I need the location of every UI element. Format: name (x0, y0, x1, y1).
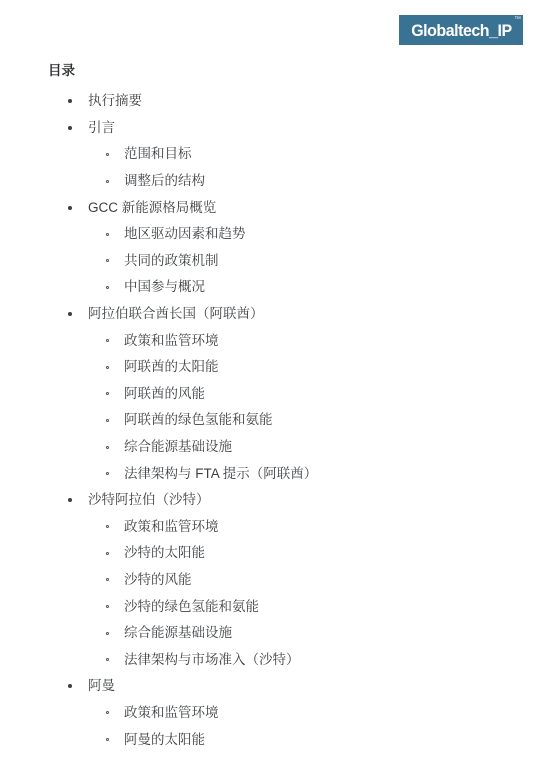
toc-item: 调整后的结构 (48, 168, 524, 195)
toc-item-label: 政策和监管环境 (124, 520, 219, 534)
toc-item-label: 地区驱动因素和趋势 (124, 227, 246, 241)
toc-item: 法律架构与市场准入（沙特） (48, 646, 524, 673)
toc-item: 阿曼 (48, 673, 524, 700)
toc-item: 政策和监管环境 (48, 327, 524, 354)
toc-item-label: 阿联酋的风能 (124, 387, 205, 401)
disc-bullet-icon (68, 99, 72, 103)
toc-item: 范围和目标 (48, 141, 524, 168)
circle-bullet-icon (106, 233, 109, 236)
circle-bullet-icon (106, 738, 109, 741)
toc-item-label: 引言 (88, 121, 115, 135)
toc-item: 引言 (48, 115, 524, 142)
toc-item-label: GCC 新能源格局概览 (88, 201, 216, 215)
circle-bullet-icon (106, 259, 109, 262)
toc-item: 法律架构与 FTA 提示（阿联酋） (48, 460, 524, 487)
circle-bullet-icon (106, 339, 109, 342)
circle-bullet-icon (106, 286, 109, 289)
toc-item: 中国参与概况 (48, 274, 524, 301)
logo-text: Globaltech_IP (411, 22, 511, 39)
toc-item: 政策和监管环境 (48, 700, 524, 727)
toc-item: 沙特的绿色氢能和氨能 (48, 593, 524, 620)
toc-item-label: 综合能源基础设施 (124, 626, 232, 640)
toc-item-label: 综合能源基础设施 (124, 440, 232, 454)
circle-bullet-icon (106, 392, 109, 395)
toc-item-label: 中国参与概况 (124, 280, 205, 294)
circle-bullet-icon (106, 605, 109, 608)
toc-item: 阿拉伯联合酋长国（阿联酋） (48, 301, 524, 328)
toc-item: 综合能源基础设施 (48, 620, 524, 647)
disc-bullet-icon (68, 206, 72, 210)
circle-bullet-icon (106, 472, 109, 475)
toc-item-label: 阿联酋的太阳能 (124, 360, 219, 374)
toc-item: 共同的政策机制 (48, 248, 524, 275)
toc-item: 地区驱动因素和趋势 (48, 221, 524, 248)
toc-item: 沙特的太阳能 (48, 540, 524, 567)
circle-bullet-icon (106, 153, 109, 156)
page-title: 目录 (48, 64, 524, 78)
toc-item: 沙特的风能 (48, 567, 524, 594)
toc-item: 沙特阿拉伯（沙特） (48, 487, 524, 514)
circle-bullet-icon (106, 180, 109, 183)
disc-bullet-icon (68, 498, 72, 502)
toc-item-label: 沙特的太阳能 (124, 546, 205, 560)
toc-item-label: 阿曼的太阳能 (124, 733, 205, 747)
toc-item-label: 法律架构与市场准入（沙特） (124, 653, 300, 667)
toc-list: 执行摘要引言范围和目标调整后的结构GCC 新能源格局概览地区驱动因素和趋势共同的… (48, 88, 524, 753)
circle-bullet-icon (106, 525, 109, 528)
globaltech-logo: Globaltech_IP ™ (399, 15, 523, 45)
document-page: 目录 执行摘要引言范围和目标调整后的结构GCC 新能源格局概览地区驱动因素和趋势… (48, 64, 524, 753)
toc-item: 阿联酋的太阳能 (48, 354, 524, 381)
toc-item-label: 阿拉伯联合酋长国（阿联酋） (88, 307, 264, 321)
circle-bullet-icon (106, 366, 109, 369)
toc-item-label: 政策和监管环境 (124, 334, 219, 348)
trademark-icon: ™ (514, 16, 521, 23)
circle-bullet-icon (106, 658, 109, 661)
disc-bullet-icon (68, 684, 72, 688)
toc-item-label: 范围和目标 (124, 147, 192, 161)
circle-bullet-icon (106, 632, 109, 635)
toc-item-label: 执行摘要 (88, 94, 142, 108)
disc-bullet-icon (68, 126, 72, 130)
toc-item-label: 政策和监管环境 (124, 706, 219, 720)
toc-item-label: 法律架构与 FTA 提示（阿联酋） (124, 467, 317, 481)
toc-item: 综合能源基础设施 (48, 434, 524, 461)
toc-item-label: 调整后的结构 (124, 174, 205, 188)
toc-item: 政策和监管环境 (48, 514, 524, 541)
toc-item: 执行摘要 (48, 88, 524, 115)
circle-bullet-icon (106, 711, 109, 714)
toc-item: 阿联酋的绿色氢能和氨能 (48, 407, 524, 434)
circle-bullet-icon (106, 419, 109, 422)
toc-item-label: 沙特阿拉伯（沙特） (88, 493, 210, 507)
disc-bullet-icon (68, 312, 72, 316)
toc-item-label: 沙特的风能 (124, 573, 192, 587)
circle-bullet-icon (106, 578, 109, 581)
toc-item-label: 阿曼 (88, 679, 115, 693)
circle-bullet-icon (106, 446, 109, 449)
toc-item-label: 沙特的绿色氢能和氨能 (124, 600, 259, 614)
toc-item-label: 阿联酋的绿色氢能和氨能 (124, 413, 273, 427)
circle-bullet-icon (106, 552, 109, 555)
toc-item: 阿联酋的风能 (48, 381, 524, 408)
toc-item: 阿曼的太阳能 (48, 726, 524, 753)
toc-item-label: 共同的政策机制 (124, 254, 219, 268)
toc-item: GCC 新能源格局概览 (48, 194, 524, 221)
